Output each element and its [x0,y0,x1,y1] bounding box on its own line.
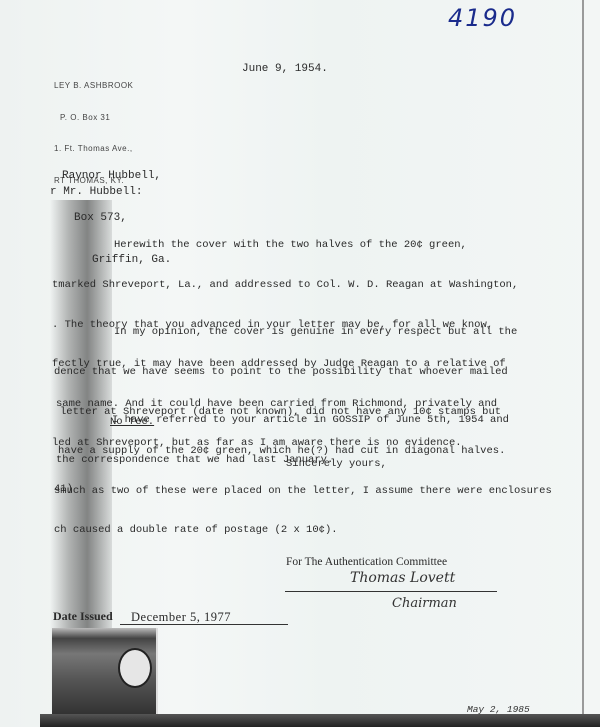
signature-line [285,591,497,592]
text-line: In my opinion, the cover is genuine in e… [54,326,552,339]
signature: Thomas Lovett [350,570,455,586]
margin-fragment: 41) [54,483,73,496]
page-bottom-edge [40,714,600,727]
text-line: dence that we have seems to point to the… [54,366,552,379]
salutation: r Mr. Hubbell: [50,185,142,199]
committee-label: For The Authentication Committee [286,556,447,568]
letterhead-line: P. O. Box 31 [54,113,133,124]
no-fee-note: No fee. [110,416,154,429]
address-line: Raynor Hubbell, [62,169,171,183]
date-issued-value: December 5, 1977 [131,610,231,625]
text-line: Herewith the cover with the two halves o… [52,239,518,252]
page-edge [582,0,584,727]
date-issued-label: Date Issued [53,609,113,624]
chairman-title: Chairman [392,596,457,611]
text-line: ch caused a double rate of postage (2 x … [54,524,552,537]
letterhead-line: LEY B. ASHBROOK [54,81,133,92]
handwritten-number: 4190 [448,4,517,32]
text-line: smuch as two of these were placed on the… [54,485,552,498]
text-line: tmarked Shreveport, La., and addressed t… [52,279,518,292]
paragraph-3: I have referred to your article in GOSSI… [56,388,509,480]
text-line: the correspondence that we had last Janu… [56,454,509,467]
closing: Sincerely yours, [286,458,387,471]
date-issued-line [120,624,288,625]
letter-date: June 9, 1954. [242,63,328,75]
stamp-icon [118,648,152,688]
